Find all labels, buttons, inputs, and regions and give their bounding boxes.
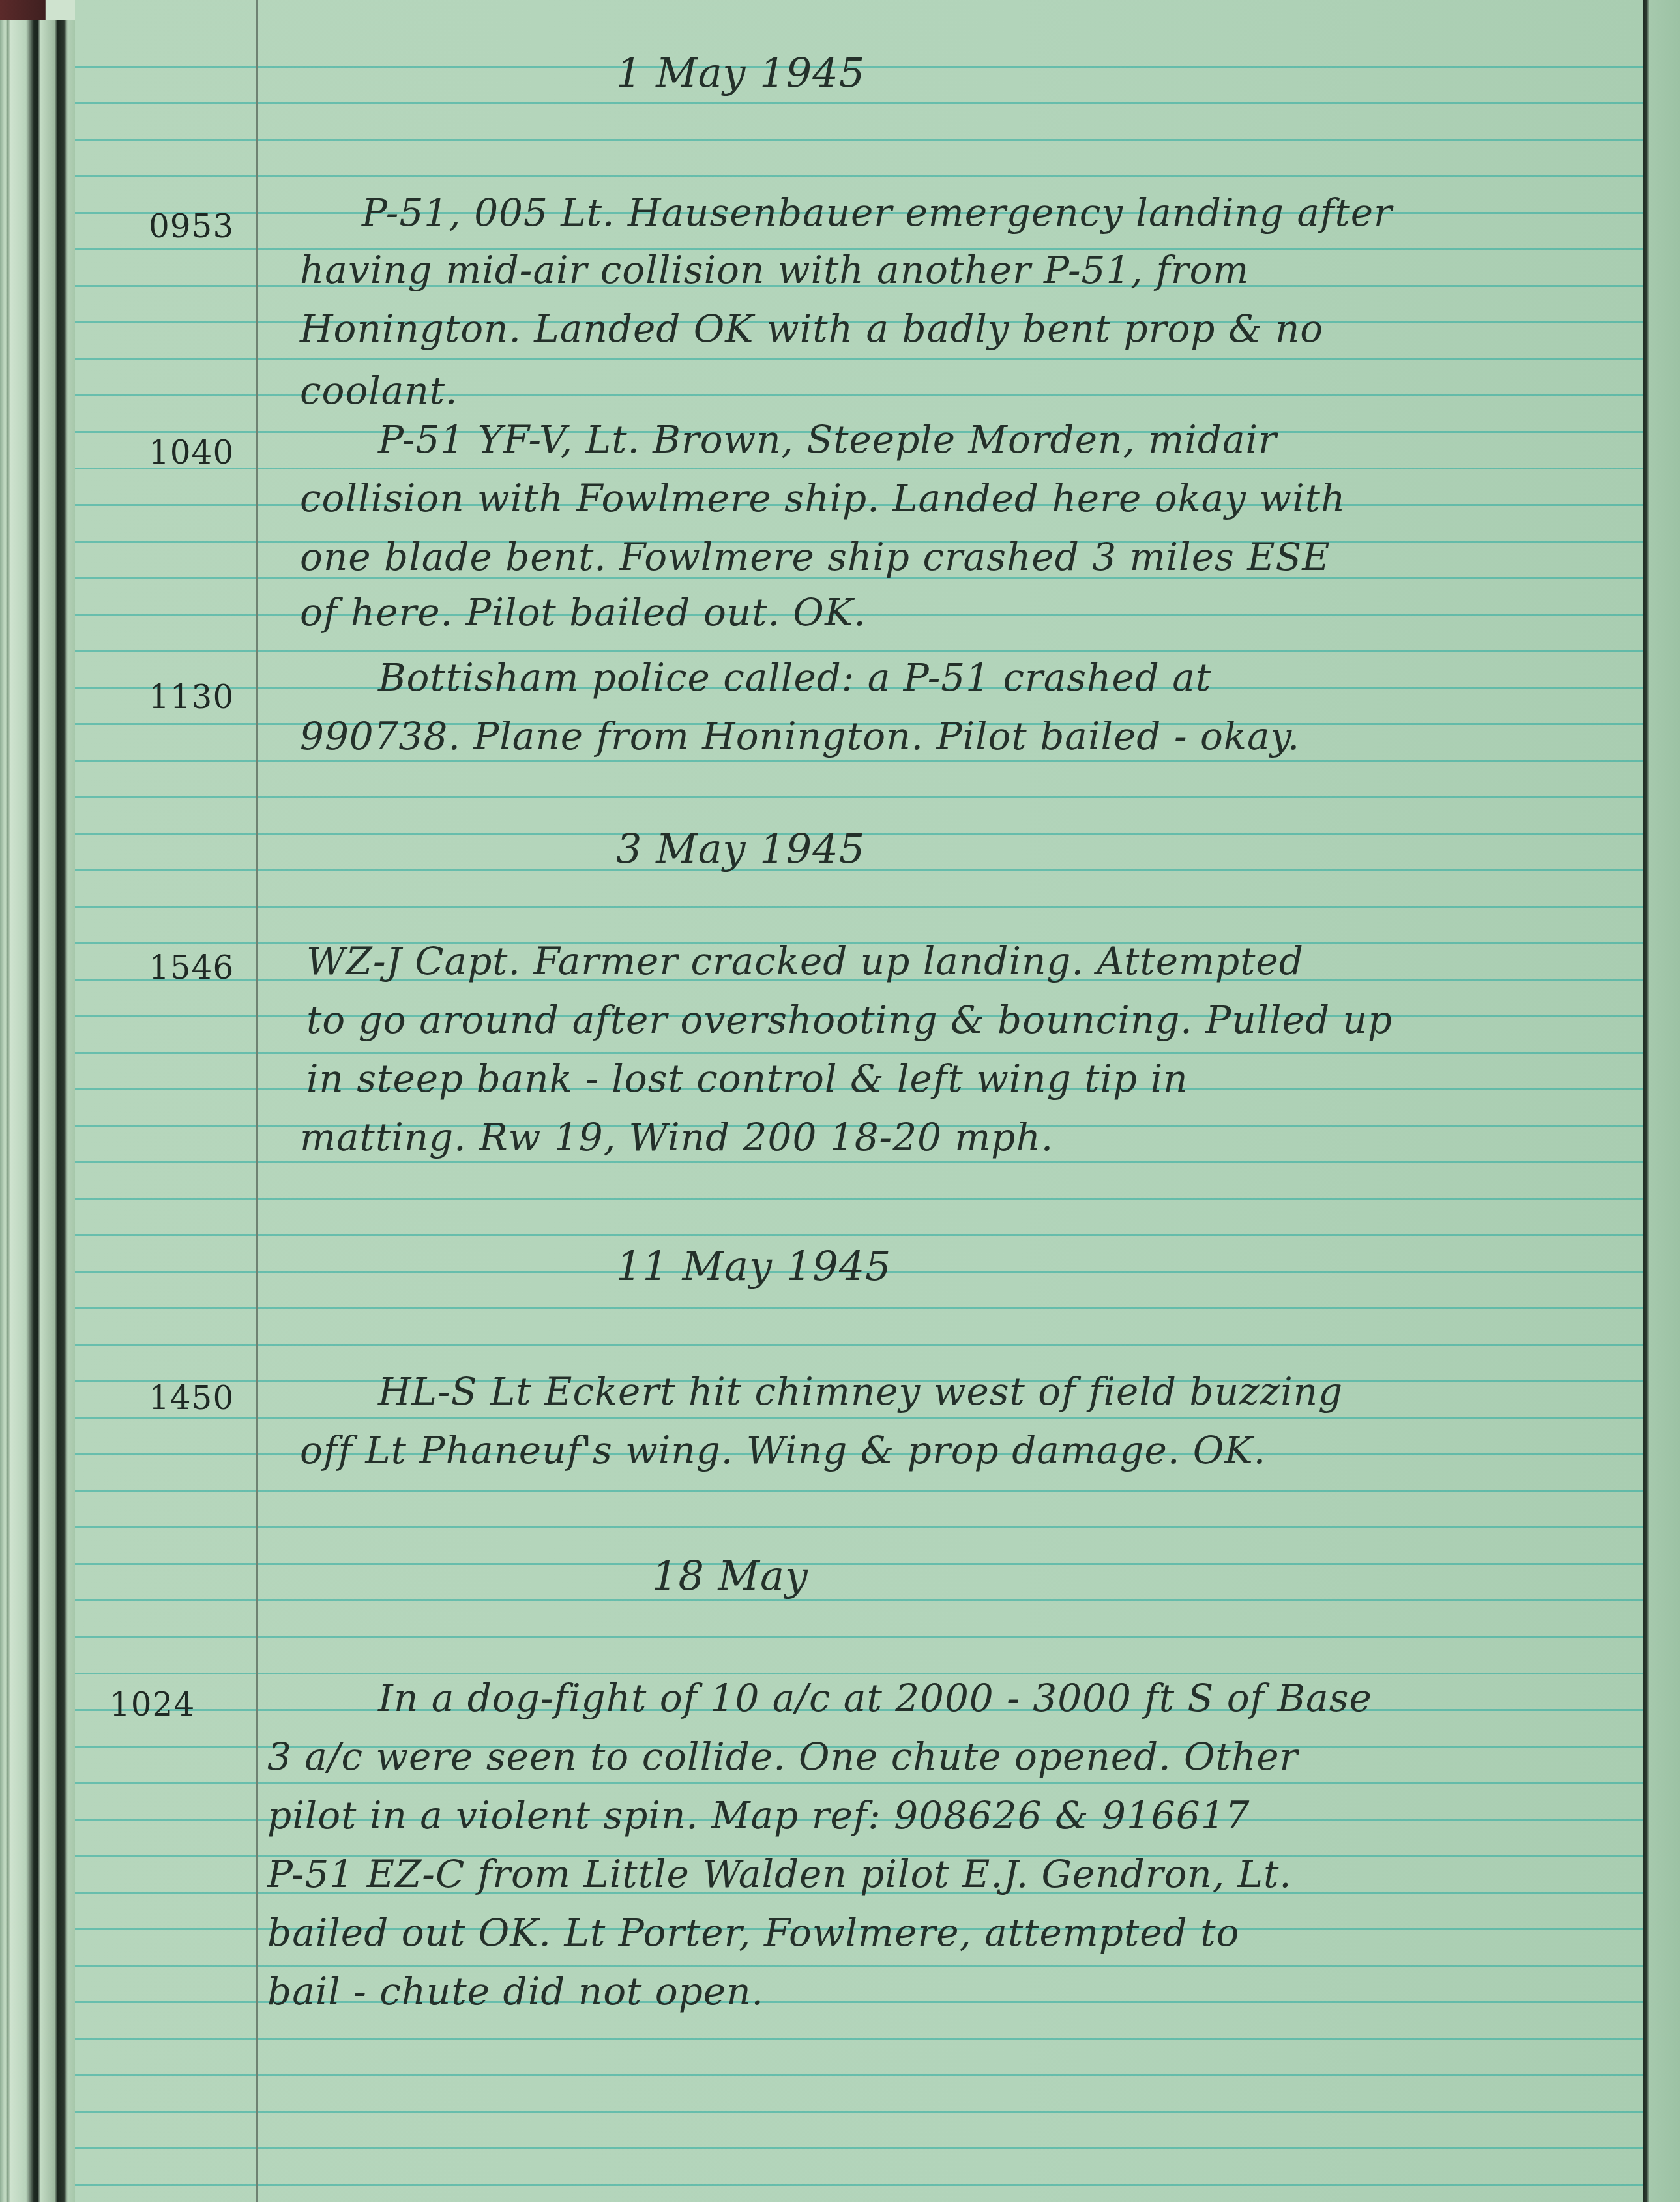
entry-line: collision with Fowlmere ship. Landed her… <box>300 476 1346 520</box>
entry-line: In a dog-fight of 10 a/c at 2000 - 3000 … <box>378 1676 1372 1720</box>
date-heading: 3 May 1945 <box>616 825 865 872</box>
entry-line: having mid-air collision with another P-… <box>300 248 1249 292</box>
binding-cover-edge <box>0 0 75 20</box>
margin-rule <box>256 0 258 2202</box>
entry-line: off Lt Phaneuf's wing. Wing & prop damag… <box>300 1428 1266 1472</box>
entry-line: bailed out OK. Lt Porter, Fowlmere, atte… <box>267 1911 1239 1955</box>
entry-time: 1024 <box>110 1686 195 1723</box>
entry-line: to go around after overshooting & bounci… <box>306 998 1393 1042</box>
entry-time: 1130 <box>149 678 234 716</box>
entry-line: pilot in a violent spin. Map ref: 908626… <box>267 1793 1250 1837</box>
entry-time: 1450 <box>149 1379 234 1417</box>
date-heading: 11 May 1945 <box>616 1242 892 1290</box>
entry-line: WZ-J Capt. Farmer cracked up landing. At… <box>306 939 1304 983</box>
entry-line: 3 a/c were seen to collide. One chute op… <box>267 1734 1298 1779</box>
entry-time: 1040 <box>149 434 234 471</box>
entry-line: P-51, 005 Lt. Hausenbauer emergency land… <box>362 190 1393 235</box>
entry-line: coolant. <box>300 368 458 413</box>
entry-line: P-51 EZ-C from Little Walden pilot E.J. … <box>267 1852 1292 1896</box>
entry-line: HL-S Lt Eckert hit chimney west of field… <box>378 1369 1343 1414</box>
entry-line: of here. Pilot bailed out. OK. <box>300 590 866 634</box>
entry-line: matting. Rw 19, Wind 200 18-20 mph. <box>300 1115 1054 1159</box>
entry-line: 990738. Plane from Honington. Pilot bail… <box>300 714 1300 758</box>
entry-line: Honington. Landed OK with a badly bent p… <box>300 306 1323 351</box>
entry-line: one blade bent. Fowlmere ship crashed 3 … <box>300 535 1331 579</box>
entry-time: 0953 <box>149 207 234 245</box>
date-heading: 18 May <box>652 1552 808 1599</box>
entry-line: Bottisham police called: a P-51 crashed … <box>378 655 1211 700</box>
entry-line: P-51 YF-V, Lt. Brown, Steeple Morden, mi… <box>378 417 1277 462</box>
entry-line: in steep bank - lost control & left wing… <box>306 1056 1188 1101</box>
entry-line: bail - chute did not open. <box>267 1969 764 2014</box>
entry-time: 1546 <box>149 949 234 987</box>
date-heading: 1 May 1945 <box>616 49 865 97</box>
page-right-edge <box>1643 0 1680 2202</box>
book-binding <box>0 0 75 2202</box>
